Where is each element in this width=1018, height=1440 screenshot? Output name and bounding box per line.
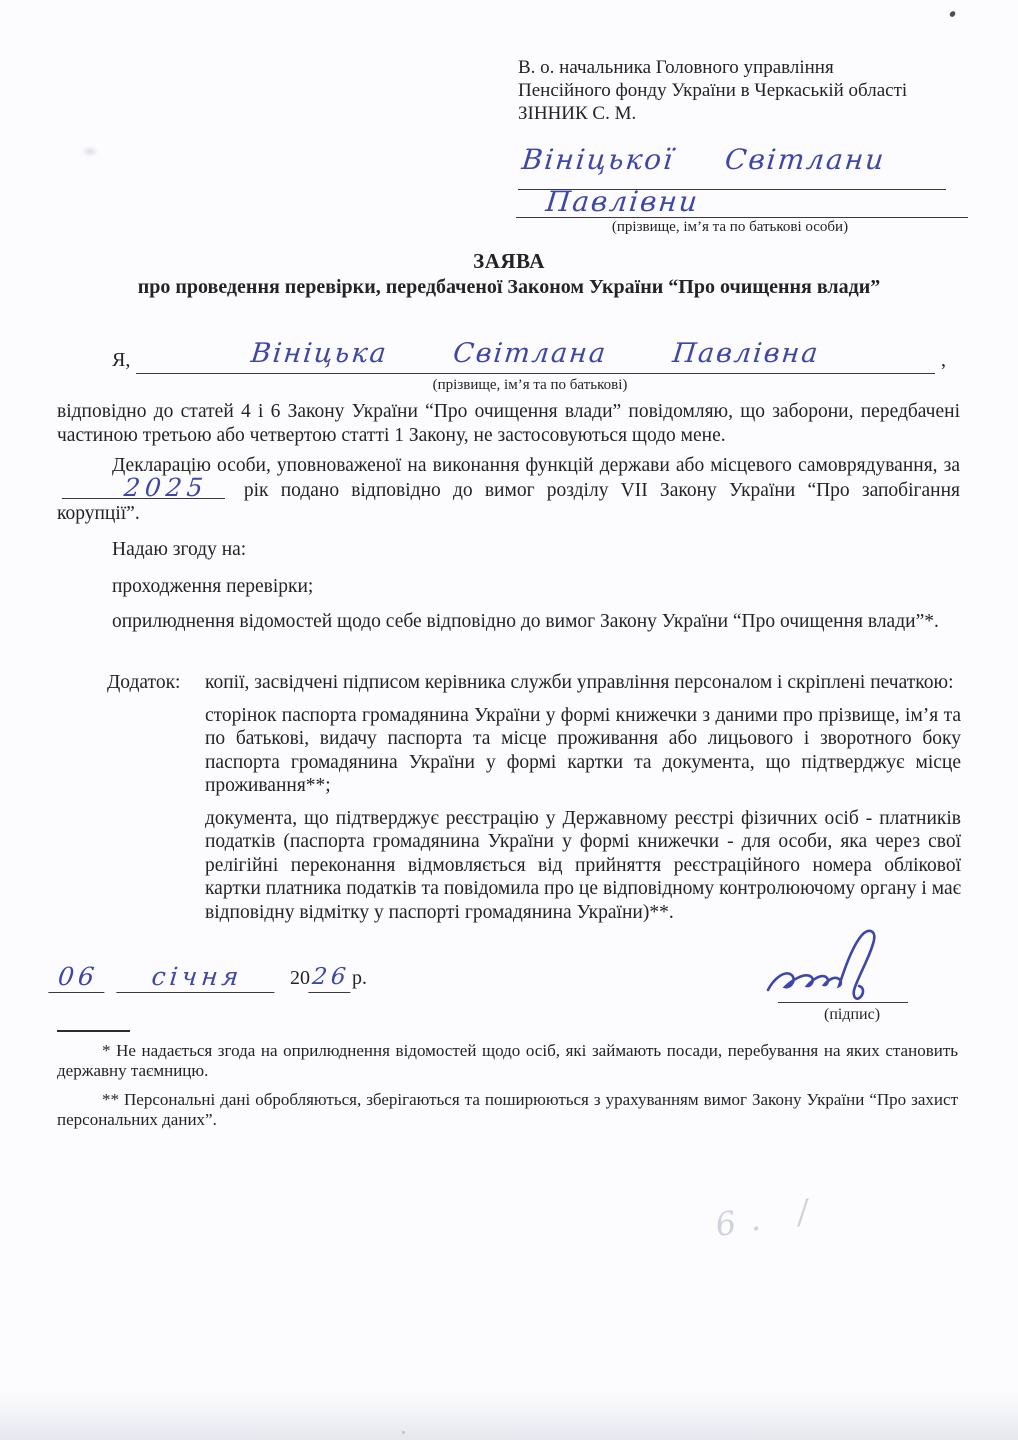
scan-speck-top-right (949, 10, 956, 18)
addressee-line-1: В. о. начальника Головного управління (518, 56, 958, 79)
date-year-suffix: р. (352, 967, 367, 993)
scanned-application-page: В. о. начальника Головного управління Пе… (0, 0, 1018, 1440)
consent-intro: Надаю згоду на: (57, 538, 960, 562)
footnote-state-secret: * Не надається згода на оприлюднення від… (57, 1041, 958, 1081)
signature-scribble (762, 928, 912, 1008)
consent-item-publication: оприлюднення відомостей щодо себе відпов… (57, 610, 960, 634)
applicant-name-caption: (прізвище, ім’я та по батькові особи) (518, 219, 942, 236)
handwritten-date-year: 26 (308, 962, 353, 993)
signature-caption: (підпис) (792, 1006, 912, 1024)
addressee-line-3: ЗІННИК С. М. (518, 102, 958, 125)
date-line: 06 січня 20 26 р. (50, 962, 367, 993)
declarant-comma: , (941, 349, 946, 374)
consent-item-check: проходження перевірки; (57, 575, 960, 599)
declaration-text-before: Декларацію особи, уповноваженої на викон… (112, 455, 960, 476)
scan-bottom-shading (0, 1392, 1018, 1440)
paragraph-declaration: Декларацію особи, уповноваженої на викон… (57, 454, 960, 526)
attachment-item-tax-registry: документа, що підтверджує реєстрацію у Д… (205, 807, 961, 925)
handwritten-applicant-name-line1: Вініцької Світлани (520, 143, 887, 176)
handwritten-declaration-year: 2025 (62, 478, 227, 499)
document-title: ЗАЯВА (0, 249, 1018, 274)
footnote-separator (57, 1030, 130, 1032)
handwritten-date-month: січня (116, 962, 277, 993)
addressee-line-2: Пенсійного фонду України в Черкаській об… (518, 79, 958, 102)
applicant-name-field-line2: Павлівни (516, 189, 968, 218)
signature-block: (підпис) (762, 928, 912, 1008)
handwritten-applicant-name-line2: Павлівни (545, 189, 701, 215)
document-subtitle: про проведення перевірки, передбаченої З… (40, 276, 978, 299)
attachment-label: Додаток: (107, 671, 187, 933)
attachment-block: Додаток: копії, засвідчені підписом кері… (107, 671, 961, 933)
pencil-annotation: 6. / (713, 1190, 825, 1244)
scan-smudge-left (82, 146, 98, 157)
attachment-item-passport: сторінок паспорта громадянина України у … (205, 704, 961, 798)
declarant-name-field: Вініцька Світлана Павлівна (136, 337, 935, 374)
signature-line (778, 1002, 908, 1003)
declarant-prefix: Я, (112, 349, 130, 374)
applicant-name-field-line1: Вініцької Світлани (518, 143, 946, 190)
footnote-personal-data: ** Персональні дані обробляються, зберіг… (57, 1090, 958, 1130)
attachment-intro: копії, засвідчені підписом керівника слу… (205, 671, 961, 695)
declarant-name-caption: (прізвище, ім’я та по батькові) (330, 377, 730, 394)
declarant-line: Я, Вініцька Світлана Павлівна , (112, 337, 946, 374)
handwritten-date-day: 06 (48, 962, 107, 993)
addressee-block: В. о. начальника Головного управління Пе… (518, 56, 958, 125)
attachment-items: копії, засвідчені підписом керівника слу… (205, 671, 961, 933)
date-year-prefix: 20 (290, 967, 310, 993)
handwritten-declarant-name: Вініцька Світлана Павлівна (250, 337, 822, 371)
paragraph-intro: відповідно до статей 4 і 6 Закону Україн… (57, 400, 960, 447)
